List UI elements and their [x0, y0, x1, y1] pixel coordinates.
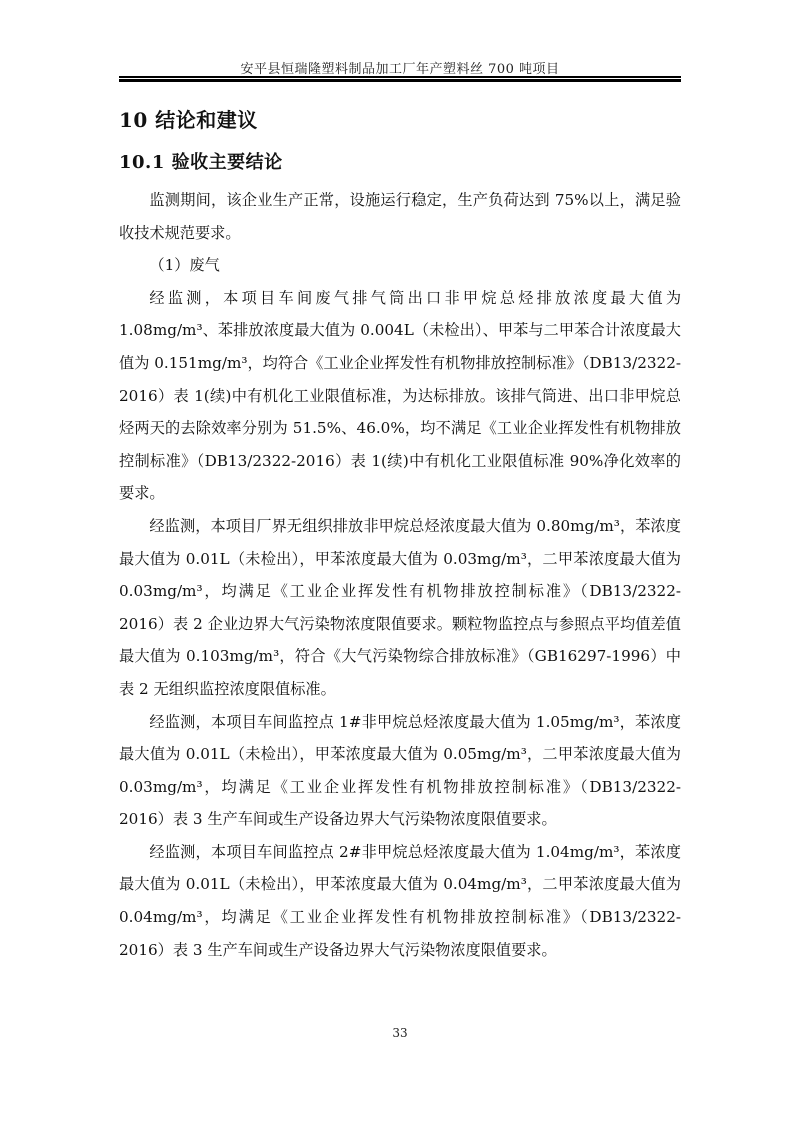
- header-double-rule: [119, 76, 681, 81]
- paragraph-boundary-emission: 经监测，本项目厂界无组织排放非甲烷总烃浓度最大值为 0.80mg/m³，苯浓度最…: [119, 510, 681, 706]
- paragraph-monitor-point-2: 经监测，本项目车间监控点 2#非甲烷总烃浓度最大值为 1.04mg/m³，苯浓度…: [119, 836, 681, 966]
- section-heading: 10.1 验收主要结论: [119, 148, 283, 174]
- header-rule-thick: [119, 79, 681, 82]
- chapter-heading: 10 结论和建议: [119, 104, 258, 133]
- paragraph-stack-emission: 经监测，本项目车间废气排气筒出口非甲烷总烃排放浓度最大值为 1.08mg/m³、…: [119, 282, 681, 510]
- document-page: 安平县恒瑞隆塑料制品加工厂年产塑料丝 700 吨项目 10 结论和建议 10.1…: [0, 0, 800, 1131]
- paragraph-monitor-point-1: 经监测，本项目车间监控点 1#非甲烷总烃浓度最大值为 1.05mg/m³，苯浓度…: [119, 706, 681, 836]
- list-item-waste-gas: （1）废气: [119, 249, 681, 282]
- body-text: 监测期间，该企业生产正常，设施运行稳定，生产负荷达到 75%以上，满足验收技术规…: [119, 184, 681, 966]
- paragraph-intro: 监测期间，该企业生产正常，设施运行稳定，生产负荷达到 75%以上，满足验收技术规…: [119, 184, 681, 249]
- header-rule-thin: [119, 76, 681, 78]
- running-header: 安平县恒瑞隆塑料制品加工厂年产塑料丝 700 吨项目: [120, 58, 680, 77]
- page-number: 33: [0, 1026, 800, 1040]
